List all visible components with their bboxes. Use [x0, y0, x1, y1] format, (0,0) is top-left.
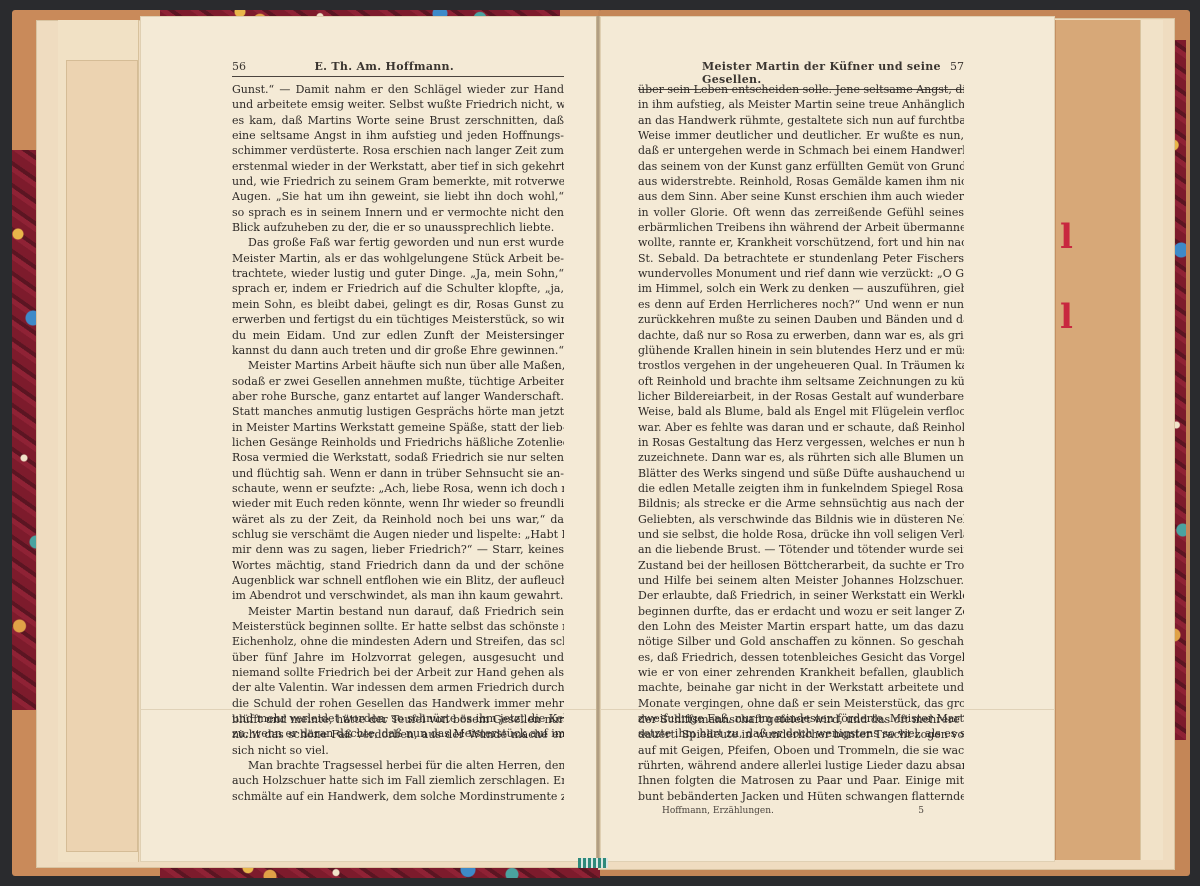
fold-line [140, 709, 598, 710]
text-line: zuzeichnete. Dann war es, als rührten si… [638, 450, 964, 465]
red-margin-mark: l [1060, 300, 1073, 334]
text-line: Meister Martins Arbeit häufte sich nun ü… [232, 358, 564, 373]
text-line: Das große Faß war fertig geworden und nu… [232, 235, 564, 250]
text-line: aus dem Sinn. Aber seine Kunst erschien … [638, 189, 964, 204]
text-line: schimmer verdüsterte. Rosa erschien nach… [232, 143, 564, 158]
body-text-lower: blüfft und meinte, hätte der Teufel von … [232, 712, 564, 804]
text-line: Zustand bei der heillosen Böttcherarbeit… [638, 558, 964, 573]
text-line: lichen Gesänge Reinholds und Friedrichs … [232, 435, 564, 450]
running-head-title: E. Th. Am. Hoffmann. [314, 60, 454, 73]
text-line: und sie selbst, die holde Rosa, drücke i… [638, 527, 964, 542]
text-line: auf mit Geigen, Pfeifen, Oboen und Tromm… [638, 743, 964, 758]
text-line: Weise immer deutlicher und deutlicher. E… [638, 128, 964, 143]
text-line: Man brachte Tragsessel herbei für die al… [232, 758, 564, 773]
text-line: in Rosas Gestaltung das Herz vergessen, … [638, 435, 964, 450]
text-line: bunt bebänderten Jacken und Hüten schwan… [638, 789, 964, 804]
text-line: Meisterstück beginnen sollte. Er hatte s… [232, 619, 564, 634]
text-line: Weise, bald als Blume, bald als Engel mi… [638, 404, 964, 419]
text-line: sich nicht so viel. [232, 743, 564, 758]
text-line: dauert. Spielleute in wunderlicher bunte… [638, 727, 964, 742]
text-line: schmälte auf ein Handwerk, dem solche Mo… [232, 789, 564, 804]
text-line: der alte Valentin. War indessen dem arme… [232, 680, 564, 695]
text-line: sprach er, indem er Friedrich auf die Sc… [232, 281, 564, 296]
text-line: in voller Glorie. Oft wenn das zerreißen… [638, 205, 964, 220]
bookmark-ribbon [578, 858, 608, 868]
text-line: so sprach es in seinem Innern und er ver… [232, 205, 564, 220]
text-line: machte, beinahe gar nicht in der Werksta… [638, 680, 964, 695]
text-line: in Meister Martins Werkstatt gemeine Spä… [232, 420, 564, 435]
running-header-left: 56 E. Th. Am. Hoffmann. [232, 60, 564, 77]
text-line: an das Handwerk rühmte, gestaltete sich … [638, 113, 964, 128]
body-text-upper: über sein Leben entscheiden solle. Jene … [638, 82, 964, 742]
page-number: 57 [950, 60, 964, 73]
text-line: erstenmal wieder in der Werkstatt, aber … [232, 159, 564, 174]
body-text-lower: der Schiffsmannschaft gefeiert wird, und… [638, 712, 964, 804]
text-line: war. Aber es fehlte was daran und er sch… [638, 420, 964, 435]
text-line: es kam, daß Martins Worte seine Brust ze… [232, 113, 564, 128]
body-text-upper: Gunst.“ — Damit nahm er den Schlägel wie… [232, 82, 564, 742]
text-line: über sein Leben entscheiden solle. Jene … [638, 82, 964, 97]
text-line: oft Reinhold und brachte ihm seltsame Ze… [638, 374, 964, 389]
text-line: den Lohn des Meister Martin erspart hatt… [638, 619, 964, 634]
text-line: wundervolles Monument und rief dann wie … [638, 266, 964, 281]
text-line: der Schiffsmannschaft gefeiert wird, und… [638, 712, 964, 727]
text-line: trostlos vergehen in der ungeheueren Qua… [638, 358, 964, 373]
text-line: Geliebten, als verschwinde das Bildnis w… [638, 512, 964, 527]
text-line: beginnen durfte, das er erdacht und wozu… [638, 604, 964, 619]
text-line: aber rohe Bursche, ganz entartet auf lan… [232, 389, 564, 404]
text-line: Rosa vermied die Werkstatt, sodaß Friedr… [232, 450, 564, 465]
paper-flap-left-inner [66, 60, 138, 852]
text-line: erbärmlichen Treibens ihn während der Ar… [638, 220, 964, 235]
text-line: über fünf Jahre im Holzvorrat gelegen, a… [232, 650, 564, 665]
signature-title: Hoffmann, Erzählungen. [662, 806, 774, 816]
text-line: wäret als zu der Zeit, da Reinhold noch … [232, 512, 564, 527]
text-line: niemand sollte Friedrich bei der Arbeit … [232, 665, 564, 680]
text-line: und, wie Friedrich zu seinem Gram bemerk… [232, 174, 564, 189]
text-line: das seinem von der Kunst ganz erfüllten … [638, 159, 964, 174]
text-line: daß er untergehen werde in Schmach bei e… [638, 143, 964, 158]
text-line: eine seltsame Angst in ihm aufstieg und … [232, 128, 564, 143]
text-line: sodaß er zwei Gesellen annehmen mußte, t… [232, 374, 564, 389]
text-line: nicht das schöne Faß verdorben, aus der … [232, 727, 564, 742]
text-line: Gunst.“ — Damit nahm er den Schlägel wie… [232, 82, 564, 97]
text-line: an die liebende Brust. — Tötender und tö… [638, 542, 964, 557]
signature-footer: Hoffmann, Erzählungen. 5 [662, 806, 924, 816]
text-line: Augen. „Sie hat um ihn geweint, sie lieb… [232, 189, 564, 204]
text-line: und flüchtig sah. Wenn er dann in trüber… [232, 466, 564, 481]
text-line: Ihnen folgten die Matrosen zu Paar und P… [638, 773, 964, 788]
left-page: 56 E. Th. Am. Hoffmann. Gunst.“ — Damit … [140, 16, 598, 862]
text-line: dachte, daß nur so Rosa zu erwerben, dan… [638, 328, 964, 343]
text-line: Bildnis; als strecke er die Arme sehnsüc… [638, 496, 964, 511]
text-line: mein Sohn, es bleibt dabei, gelingt es d… [232, 297, 564, 312]
fold-line [600, 709, 1055, 710]
signature-mark: 5 [918, 806, 924, 816]
text-line: im Himmel, solch ein Werk zu denken — au… [638, 281, 964, 296]
text-line: Augenblick war schnell entflohen wie ein… [232, 573, 564, 588]
text-line: blüfft und meinte, hätte der Teufel von … [232, 712, 564, 727]
text-line: Blick aufzuheben zu der, die er so unaus… [232, 220, 564, 235]
text-line: licher Bildereiarbeit, in der Rosas Gest… [638, 389, 964, 404]
text-line: schaute, wenn er seufzte: „Ach, liebe Ro… [232, 481, 564, 496]
text-line: schlug sie verschämt die Augen nieder un… [232, 527, 564, 542]
text-line: kannst du dann auch treten und dir große… [232, 343, 564, 358]
text-line: zurückkehren mußte zu seinen Dauben und … [638, 312, 964, 327]
right-page: Meister Martin der Küfner und seine Gese… [600, 16, 1055, 862]
text-line: wie er von einer zehrenden Krankheit bef… [638, 665, 964, 680]
text-line: Eichenholz, ohne die mindesten Adern und… [232, 634, 564, 649]
text-line: nötige Silber und Gold anschaffen zu kön… [638, 634, 964, 649]
text-line: die edlen Metalle zeigten ihm in funkeln… [638, 481, 964, 496]
text-line: Meister Martin bestand nun darauf, daß F… [232, 604, 564, 619]
text-line: St. Sebald. Da betrachtete er stundenlan… [638, 251, 964, 266]
text-line: trachtete, wieder lustig und guter Dinge… [232, 266, 564, 281]
text-line: wieder mit Euch reden könnte, wenn Ihr w… [232, 496, 564, 511]
text-line: glühende Krallen hinein in sein blutende… [638, 343, 964, 358]
text-line: und arbeitete emsig weiter. Selbst wußte… [232, 97, 564, 112]
text-line: Statt manches anmutig lustigen Gesprächs… [232, 404, 564, 419]
text-line: rührten, während andere allerlei lustige… [638, 758, 964, 773]
text-line: auch Holzschuer hatte sich im Fall zieml… [232, 773, 564, 788]
text-line: es denn auf Erden Herrlicheres noch?“ Un… [638, 297, 964, 312]
text-line: im Abendrot und verschwindet, als man ih… [232, 588, 564, 603]
text-line: aus widerstrebte. Reinhold, Rosas Gemäld… [638, 174, 964, 189]
text-line: Wortes mächtig, stand Friedrich dann da … [232, 558, 564, 573]
text-line: es, daß Friedrich, dessen totenbleiches … [638, 650, 964, 665]
text-line: du mein Eidam. Und zur edlen Zunft der M… [232, 328, 564, 343]
text-line: Der erlaubte, daß Friedrich, in seiner W… [638, 588, 964, 603]
text-line: mir denn was zu sagen, lieber Friedrich?… [232, 542, 564, 557]
text-line: Blätter des Werks singend und süße Düfte… [638, 466, 964, 481]
text-line: und Hilfe bei seinem alten Meister Johan… [638, 573, 964, 588]
page-number: 56 [232, 60, 246, 73]
text-line: erwerben und fertigst du ein tüchtiges M… [232, 312, 564, 327]
text-line: wollte, rannte er, Krankheit vorschützen… [638, 235, 964, 250]
text-line: in ihm aufstieg, als Meister Martin sein… [638, 97, 964, 112]
text-line: Meister Martin, als er das wohlgelungene… [232, 251, 564, 266]
red-margin-mark: l [1060, 220, 1073, 254]
page-edge-right [1140, 20, 1163, 860]
